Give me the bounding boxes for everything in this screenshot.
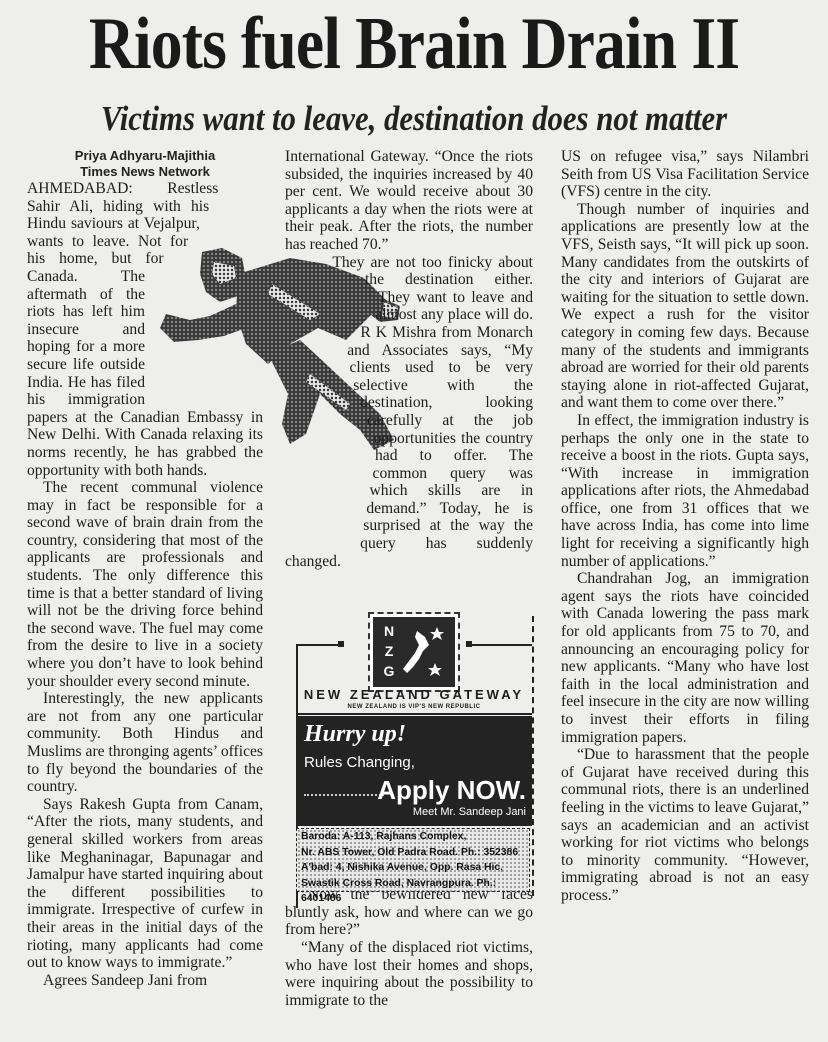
- ad-border-right-connector: [468, 644, 532, 646]
- article-paragraph: Interestingly, the new applicants are no…: [27, 690, 263, 796]
- article-paragraph: The recent communal violence may in fact…: [27, 479, 263, 690]
- ad-connector-dot: [466, 641, 472, 647]
- ad-brand-tagline: NEW ZEALAND IS VIP'S NEW REPUBLIC: [296, 703, 532, 715]
- dateline: AHMEDABAD:: [27, 180, 133, 197]
- ad-hurry-text: Hurry up!: [304, 720, 406, 748]
- ad-address-block: Baroda: A-113, Rajhans Complex, Nr. ABS …: [296, 828, 530, 892]
- ad-connector-dot: [338, 641, 344, 647]
- ad-address-line: Baroda: A-113, Rajhans Complex,: [301, 829, 529, 845]
- article-paragraph: Though number of inquiries and applicati…: [561, 201, 809, 412]
- ad-contact-name: Meet Mr. Sandeep Jani: [413, 806, 526, 818]
- article-column-3: US on refugee visa,” says Nilambri Seith…: [561, 148, 809, 905]
- ad-dotted-line: [304, 794, 384, 796]
- ad-address-line: A'bad: 4, Nishika Avenue, Opp. Rasa Hic,: [301, 860, 529, 876]
- article-paragraph: Chandrahan Jog, an immigration agent say…: [561, 570, 809, 746]
- byline-author: Priya Adhyaru-Majithia: [27, 148, 263, 164]
- star-icon: [430, 627, 444, 640]
- ad-dark-panel: Hurry up! Rules Changing, Apply NOW. Mee…: [296, 716, 532, 826]
- ad-rules-text: Rules Changing,: [304, 754, 415, 771]
- headline: Riots fuel Brain Drain II: [58, 4, 770, 84]
- star-icon: [428, 663, 442, 676]
- subheadline: Victims want to leave, destination does …: [50, 96, 779, 142]
- article-paragraph: Agrees Sandeep Jani from: [27, 972, 263, 990]
- article-paragraph: US on refugee visa,” says Nilambri Seith…: [561, 148, 809, 201]
- ad-brand-name: NEW ZEALAND GATEWAY: [296, 688, 532, 702]
- ad-apply-now[interactable]: Apply NOW.: [377, 776, 526, 804]
- article-paragraph: “Many of the displaced riot victims, who…: [285, 939, 533, 1009]
- ad-address-line: Nr. ABS Tower, Old Padra Road. Ph.: 3523…: [301, 845, 529, 861]
- new-zealand-map-icon: [373, 617, 455, 687]
- article-paragraph: Says Rakesh Gupta from Canam, “After the…: [27, 796, 263, 972]
- article-paragraph: In effect, the immigration industry is p…: [561, 412, 809, 570]
- article-column-1: Priya Adhyaru-Majithia Times News Networ…: [27, 148, 263, 989]
- ad-border-right: [532, 616, 534, 896]
- advertisement-nz-gateway[interactable]: N Z G NEW ZEALAND GATEWAY NEW ZEALAND IS…: [284, 606, 534, 896]
- byline-agency: Times News Network: [27, 164, 263, 180]
- ad-address-line: Swastik Cross Road, Navrangpura. Ph.: 64…: [301, 876, 529, 907]
- article-paragraph: “Due to harassment that the people of Gu…: [561, 746, 809, 904]
- nzg-logo: N Z G: [370, 614, 458, 690]
